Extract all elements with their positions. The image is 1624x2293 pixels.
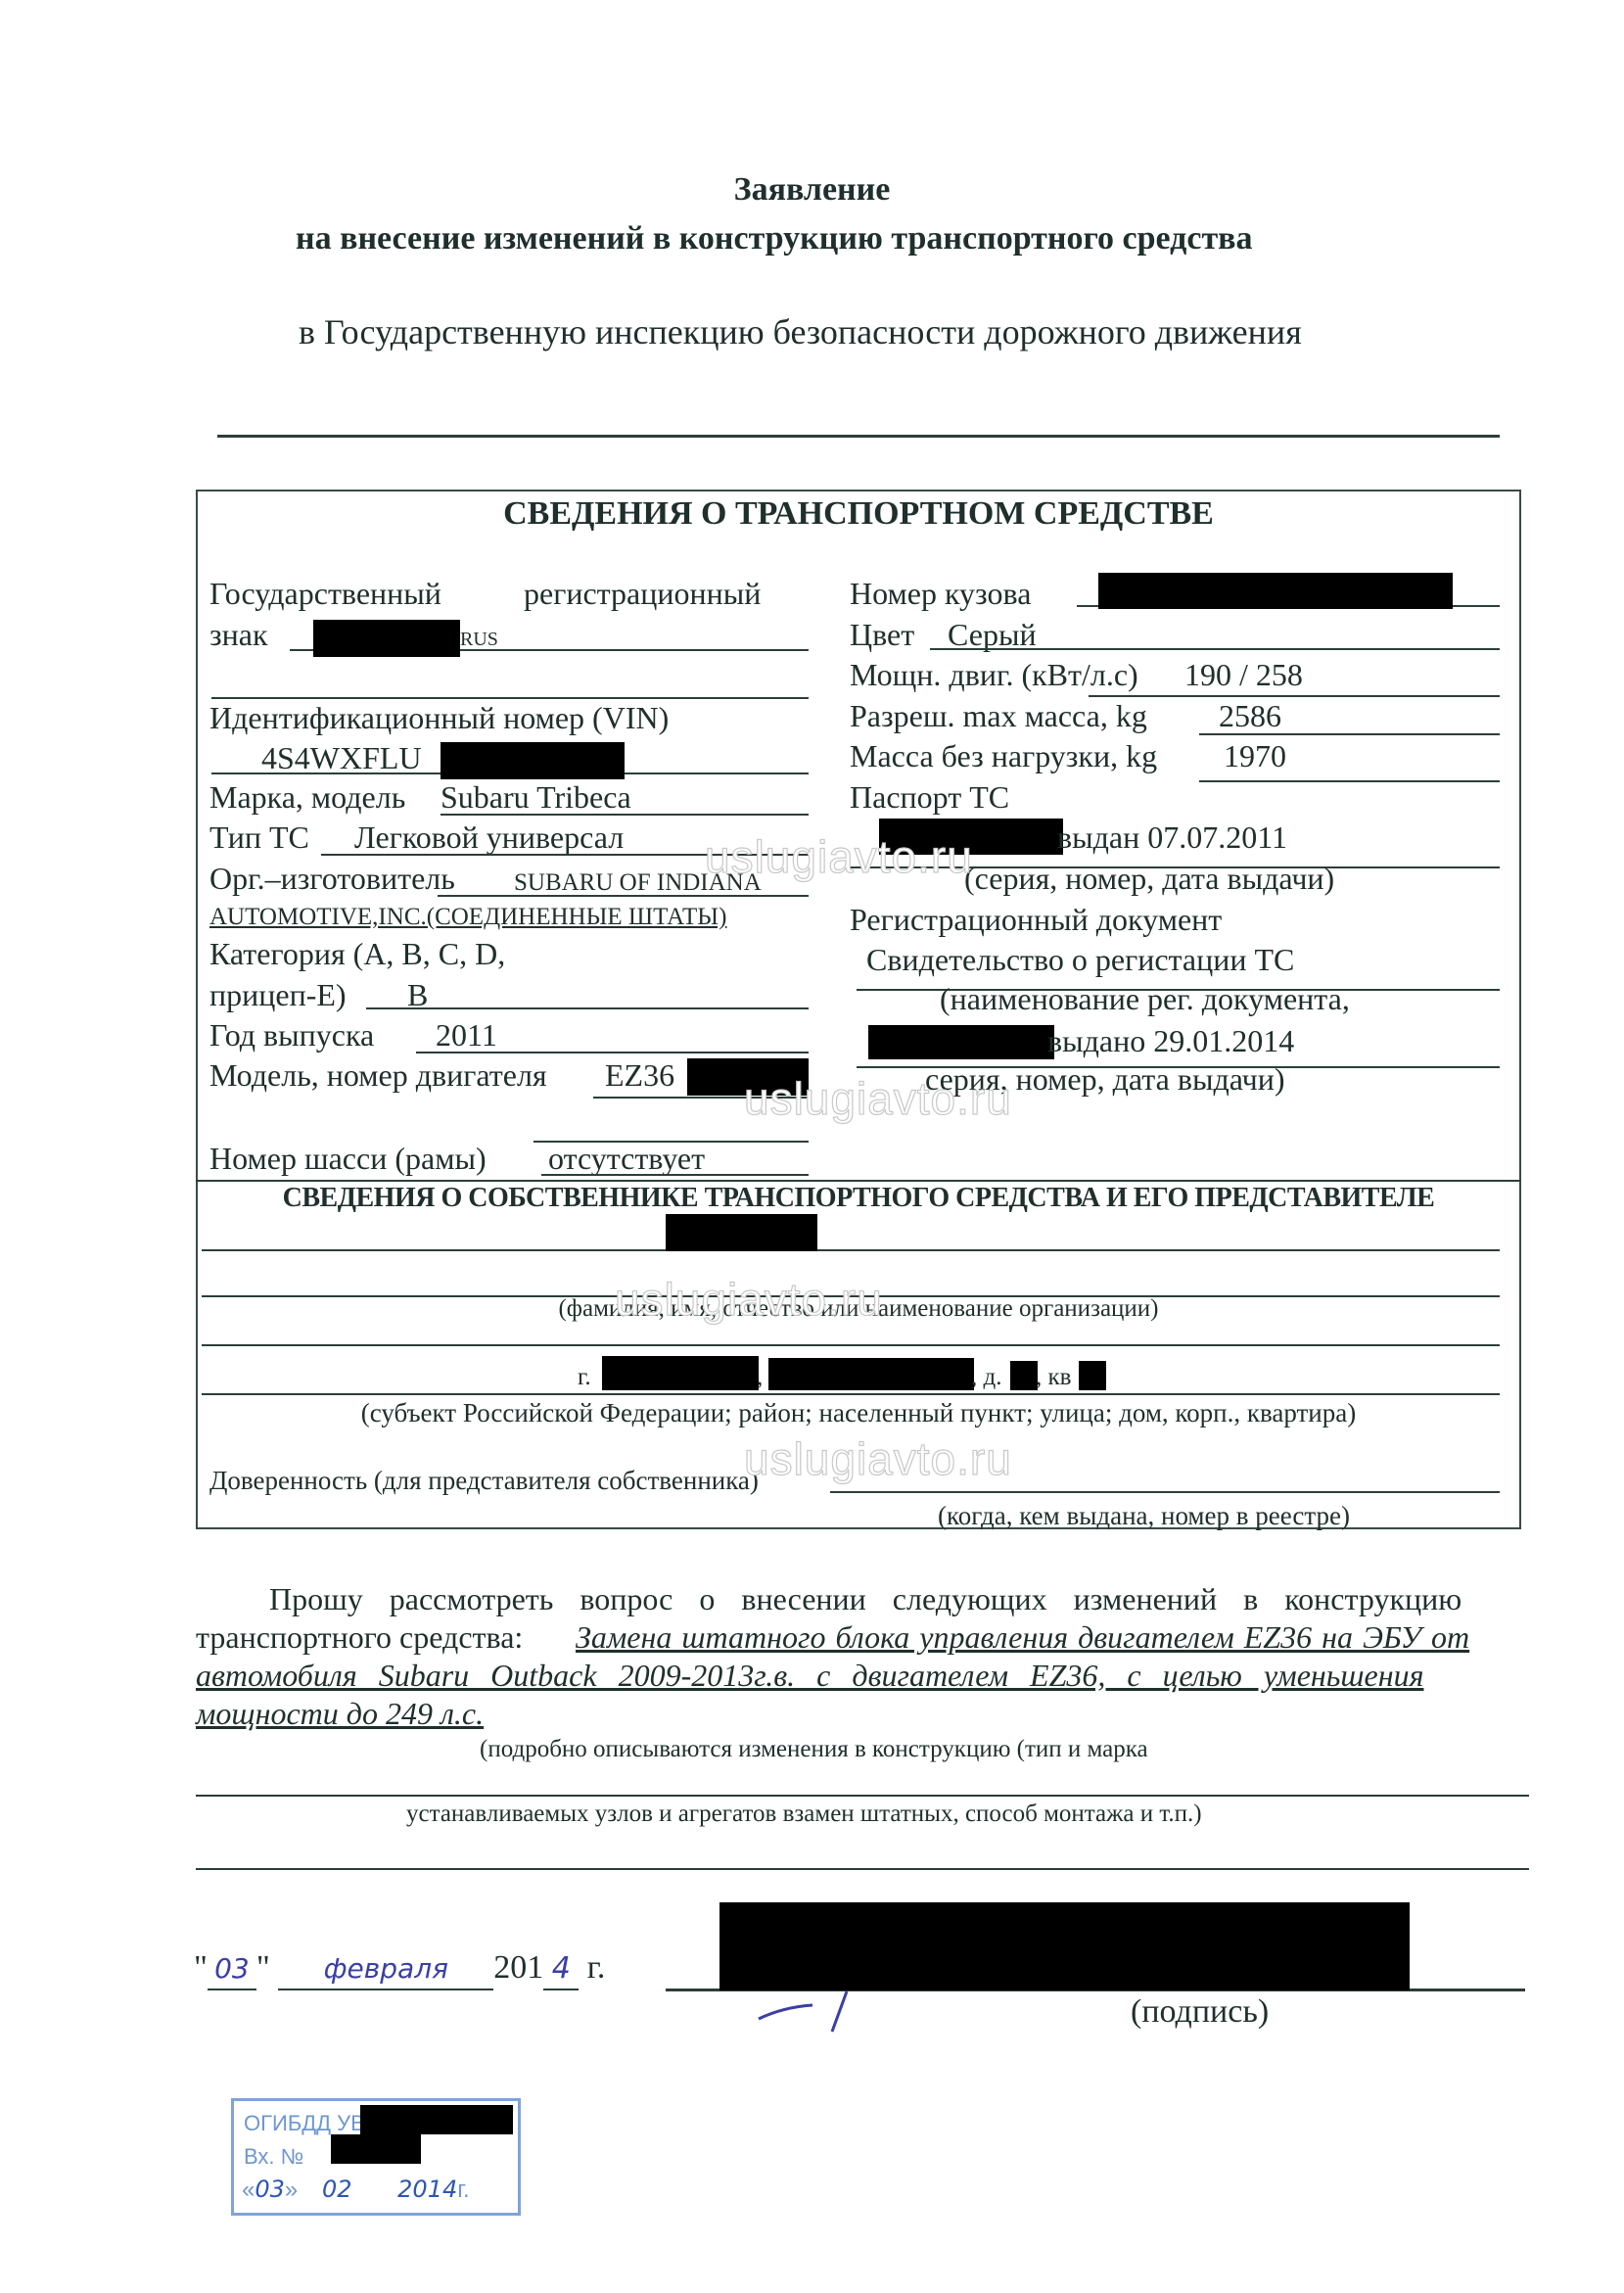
stamp-org-redaction (360, 2105, 513, 2134)
address-hint: (субъект Российской Федерации; район; на… (196, 1397, 1521, 1428)
curb-mass-label: Масса без нагрузки, kg (850, 737, 1157, 774)
stamp-date-close: » (285, 2176, 298, 2203)
address-city-redaction (602, 1356, 759, 1390)
color-field[interactable] (930, 648, 1500, 650)
reg-doc-label: Регистрационный документ (850, 901, 1222, 938)
owner-section-heading: СВЕДЕНИЯ О СОБСТВЕННИКЕ ТРАНСПОРТНОГО СР… (196, 1182, 1521, 1215)
stamp-number-redaction (331, 2134, 421, 2164)
stamp-date-month: 02 (322, 2176, 352, 2203)
date-month[interactable]: февраля (278, 1949, 493, 1990)
date-day[interactable]: 03 (208, 1949, 256, 1990)
vehicle-section-heading: СВЕДЕНИЯ О ТРАНСПОРТНОМ СРЕДСТВЕ (196, 494, 1521, 534)
proxy-field[interactable] (830, 1491, 1500, 1493)
owner-address-field-2[interactable] (202, 1393, 1500, 1395)
reg-plate-label-part-3: знак (209, 616, 268, 653)
address-house-redaction (1010, 1361, 1038, 1390)
color-label: Цвет (850, 616, 914, 653)
year-label: Год выпуска (209, 1016, 374, 1053)
owner-name-field[interactable] (202, 1249, 1500, 1251)
watermark: uslugiavto.ru (615, 1273, 883, 1326)
category-field[interactable] (366, 1007, 809, 1009)
curb-mass-field[interactable] (1199, 780, 1500, 782)
signature-redaction (719, 1902, 1410, 1990)
reg-doc-hint: (наименование рег. документа, (940, 980, 1350, 1017)
vehicle-type-value: Легковой универсал (354, 819, 624, 856)
signature-stroke-icon (754, 1988, 871, 2036)
stamp-date-open: « (242, 2176, 255, 2203)
document-title: Заявление (0, 170, 1624, 210)
addressee-line[interactable] (217, 435, 1500, 438)
change-hint-2: устанавливаемых узлов и агрегатов взамен… (406, 1800, 1202, 1829)
power-value: 190 / 258 (1184, 656, 1303, 693)
change-description-line-2: автомобиля Subaru Outback 2009-2013г.в. … (196, 1657, 1423, 1694)
category-label-line-1: Категория (A, B, C, D, (209, 935, 505, 972)
vehicle-type-label: Тип ТС (209, 819, 309, 856)
year-field[interactable] (416, 1052, 809, 1053)
quote-open: " (194, 1949, 208, 1986)
body-number-label: Номер кузова (850, 575, 1031, 612)
address-flat-redaction (1079, 1361, 1106, 1390)
engine-value: EZ36 (605, 1056, 674, 1094)
owner-name-redaction (666, 1214, 817, 1251)
reg-plate-suffix: RUS (460, 629, 498, 650)
change-field-2[interactable] (196, 1868, 1529, 1870)
reg-doc-issued: выдано 29.01.2014 (1047, 1022, 1294, 1059)
chassis-field[interactable] (541, 1174, 809, 1176)
address-flat-prefix: , кв (1036, 1363, 1071, 1392)
reg-plate-label-part-1: Государственный (209, 576, 441, 611)
signature-hint: (подпись) (1131, 1992, 1269, 2032)
change-description-line-3: мощности до 249 л.с. (196, 1695, 484, 1732)
change-hint-1: (подробно описываются изменения в констр… (480, 1735, 1148, 1764)
address-house-prefix: , д. (971, 1363, 1001, 1392)
watermark: uslugiavto.ru (705, 830, 973, 883)
stamp-org: ОГИБДД УВД (244, 2111, 379, 2136)
manufacturer-value-line-2: AUTOMOTIVE,INC.(СОЕДИНЕННЫЕ ШТАТЫ) (209, 903, 726, 932)
vin-value: 4S4WXFLU (261, 739, 422, 776)
document-subtitle: на внесение изменений в конструкцию тран… (296, 219, 1253, 258)
date-row: "03" февраля2014 г. (194, 1948, 605, 1990)
max-mass-value: 2586 (1219, 697, 1281, 734)
owner-address-field-1[interactable] (202, 1344, 1500, 1346)
stamp-date-year: 2014 (397, 2176, 457, 2203)
watermark: uslugiavto.ru (744, 1432, 1012, 1485)
make-model-label: Марка, модель (209, 778, 405, 816)
curb-mass-value: 1970 (1224, 737, 1286, 774)
power-field[interactable] (1089, 695, 1500, 697)
address-separator: , (757, 1363, 763, 1392)
change-field-1[interactable] (196, 1795, 1529, 1797)
stamp-date-day: 03 (255, 2176, 285, 2203)
power-label: Мощн. двиг. (кВт/л.с) (850, 656, 1138, 693)
reg-plate-label: Государственный (209, 575, 441, 612)
passport-issued: выдан 07.07.2011 (1057, 819, 1287, 856)
reg-doc-number-redaction (868, 1025, 1054, 1059)
proxy-hint: (когда, кем выдана, номер в реестре) (938, 1500, 1350, 1531)
stamp-incoming-label: Вх. № (244, 2144, 303, 2170)
date-year-prefix: 201 (493, 1949, 543, 1986)
passport-hint: (серия, номер, дата выдачи) (964, 860, 1334, 897)
chassis-value: отсутствует (548, 1140, 705, 1177)
quote-close: " (256, 1949, 270, 1986)
body-number-redaction (1098, 573, 1453, 609)
make-model-value: Subaru Tribeca (441, 778, 631, 816)
stamp-date: «03» 02 2014г. (242, 2176, 470, 2204)
vin-label: Идентификационный номер (VIN) (209, 699, 669, 736)
year-value: 2011 (436, 1016, 497, 1053)
manufacturer-field[interactable] (438, 895, 809, 897)
change-description-line-1: Замена штатного блока управления двигате… (576, 1618, 1469, 1656)
watermark: uslugiavto.ru (744, 1072, 1012, 1125)
proxy-label: Доверенность (для представителя собствен… (209, 1465, 759, 1496)
max-mass-field[interactable] (1199, 733, 1500, 735)
passport-label: Паспорт ТС (850, 778, 1009, 816)
address-street-redaction (768, 1358, 974, 1390)
reg-doc-value: Свидетельство о регистации ТС (866, 941, 1294, 978)
stamp-year-unit: г. (457, 2176, 470, 2203)
category-label-line-2: прицеп-E) (209, 976, 347, 1013)
date-year-unit: г. (587, 1949, 606, 1986)
address-city-prefix: г. (578, 1363, 591, 1392)
request-intro-line-2: транспортного средства: (196, 1618, 523, 1656)
max-mass-label: Разреш. max масса, kg (850, 697, 1147, 734)
addressee: в Государственную инспекцию безопасности… (299, 311, 1302, 352)
reg-plate-label-part-2: регистрационный (524, 575, 761, 612)
make-model-field[interactable] (441, 814, 809, 816)
reg-plate-redaction (313, 620, 460, 657)
vin-redaction (441, 742, 625, 779)
chassis-label: Номер шасси (рамы) (209, 1140, 487, 1177)
date-year-suffix[interactable]: 4 (543, 1949, 579, 1990)
engine-label: Модель, номер двигателя (209, 1056, 547, 1094)
request-intro-line-1: Прошу рассмотреть вопрос о внесении след… (269, 1580, 1462, 1617)
manufacturer-label: Орг.–изготовитель (209, 860, 455, 897)
